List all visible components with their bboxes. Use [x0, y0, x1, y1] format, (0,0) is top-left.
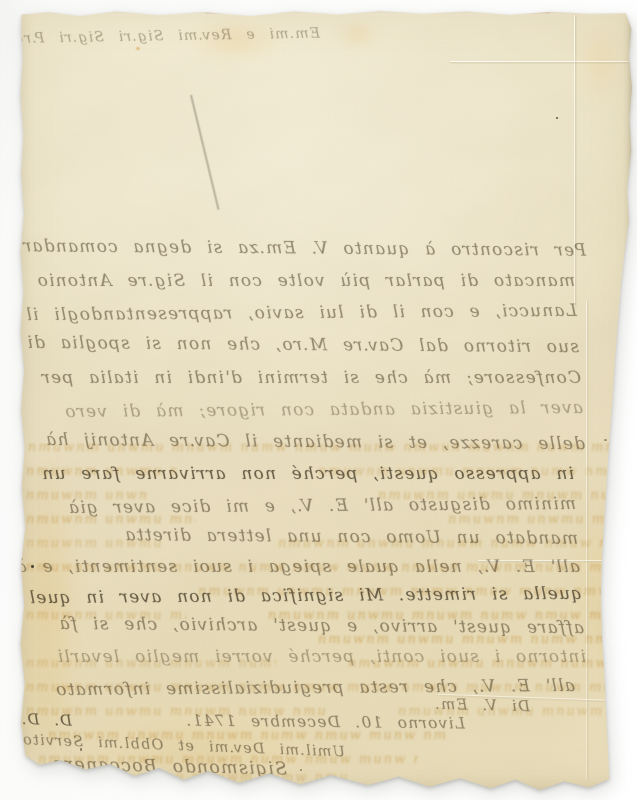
ghost-handwriting-line: Lanucci, e con il di lui savio, rapprese… — [25, 301, 577, 325]
fold-crease-vertical — [574, 15, 575, 307]
paper-vignette — [18, 9, 632, 793]
ghost-closing-formula: Di V. Em. — [434, 694, 531, 717]
paper-surface: nmuwnm unwmu mnuwm numw nmuw munw nmwun … — [18, 9, 632, 793]
ghost-handwriting-line: intorno i suoi conti, perché vorrei megl… — [57, 647, 586, 667]
fold-crease-horizontal — [438, 694, 624, 701]
paper-texture — [18, 9, 632, 793]
ghost-handwriting-line: delle carezze, et si mediante il Cav.re … — [45, 430, 585, 454]
ghost-handwriting-line: suo ritorno dal Cav.re M.ro, che non si … — [26, 333, 579, 357]
pencil-scratch-line — [190, 95, 219, 210]
red-ink-mark-top-edge — [504, 11, 550, 13]
ghost-closing-initials: D. D. Ch. — [0, 707, 72, 730]
yellow-bleed-row: nmuwnm unwmu mnuwm numw nmuw munw — [398, 704, 623, 721]
age-stain — [574, 479, 632, 699]
age-stain — [12, 447, 82, 777]
ghost-salutation-line: Em.mi e Rev.mi Sig.ri Sig.ri P.roni Col.… — [0, 24, 320, 51]
yellow-bleed-row: nmuwnm unwmu mnuwm numw nmuw munw nmwun … — [28, 440, 628, 457]
ghost-handwriting-line: mancato di parlar più volte con il Sig.r… — [36, 271, 575, 291]
fold-crease-vertical — [586, 301, 587, 779]
yellow-bleed-row: nmuwnm unwmu mnuwm numw nmuw munw nmwun … — [268, 608, 628, 625]
foxing-speck — [556, 117, 558, 119]
age-stain — [58, 709, 358, 789]
foxing-speck — [136, 47, 140, 50]
yellow-bleed-row: nmuwnm unwmu mnuwm numw nmuw munw nmwun … — [38, 752, 418, 769]
yellow-bleed-row: nmuwnm unwmu mnuwm numw nmuw munw nmwun … — [48, 728, 448, 745]
ghost-courtesy-line: Umil.mi Dev.mi et Obbl.mi Servitori — [7, 730, 345, 763]
yellow-bleed-row: nmuwnm unwmu mnuwm n — [26, 536, 166, 553]
age-stain — [188, 17, 284, 63]
age-stain — [338, 22, 378, 46]
foxing-speck — [604, 439, 607, 441]
ghost-handwriting-line: in appresso questi, perché non arrivarne… — [41, 464, 574, 484]
ghost-handwriting-line: minimo disgusto all' E. V., e mi dice av… — [68, 494, 576, 518]
ghost-handwriting-line: quella si rimette. Mi significa di non a… — [28, 584, 582, 608]
foxing-speck — [80, 748, 82, 751]
ghost-handwriting-line: mandato un Uomo con una lettera diretta — [124, 525, 578, 549]
fold-crease-horizontal — [450, 61, 637, 62]
yellow-bleed-row: nmuwnm unwmu mnuwm numw nmuw munw nm — [378, 488, 628, 505]
yellow-bleed-row: nmuwnm unwmu mnuwm numw — [26, 608, 186, 625]
ghost-handwriting-line: all' E. V., che resta pregiudizialissime… — [55, 676, 575, 700]
ghost-handwriting-line: Per riscontro à quanto V. Em.za si degna… — [0, 235, 586, 260]
yellow-bleed-row: nmuwnm unwmu mnuwm numw nmuw munw nmwun … — [318, 464, 628, 481]
ghost-handwriting-line: Confessore; mà che si termini d'indi in … — [41, 368, 581, 388]
yellow-bleed-row: nmuwnm unwmu mnuwm numw nm — [448, 512, 628, 529]
ghost-dateline: Livorno 10. Decembre 1741. — [185, 711, 465, 734]
fold-crease-horizontal — [478, 560, 628, 561]
paper-sheet: nmuwnm unwmu mnuwm numw nmuw munw nmwun … — [0, 0, 637, 800]
ghost-signature: Sigismondo Boccanera — [52, 755, 287, 780]
yellow-bleed-row: nmuwnm unwmu mnuwm numw nmuw munw nm — [26, 656, 276, 673]
yellow-bleed-row: nmuwnm unwmu mnuwm numw nmuw munw nmwun — [348, 656, 628, 673]
yellow-bleed-row: nmuwnm unwmu mnuwm numw nmuw munw nmwun … — [26, 704, 326, 721]
yellow-bleed-row: nmuwnm unwmu mnuwm numw n — [26, 512, 196, 529]
yellow-bleed-row: nmuwnm unwmu mnuwm num — [26, 464, 176, 481]
yellow-bleed-row: nmuwnm unwmu mnuwm numw nmuw munw nmwun … — [26, 560, 626, 577]
yellow-bleed-row: nmuwnm unwmu mnuwm numw nmuw munw nmwun … — [278, 536, 628, 553]
ghost-handwriting-line: aver la giustizia andata con rigore; mà … — [64, 398, 583, 422]
yellow-bleed-row: nmuwnm unwmu mnuwm numw nmuw munw nmwun … — [26, 680, 626, 697]
age-stain — [574, 19, 626, 105]
foxing-speck — [31, 565, 34, 568]
yellow-bleed-row: nmuwnm unwmu mnuwm — [26, 488, 146, 505]
red-ink-mark-top-edge — [205, 10, 271, 13]
foxing-speck — [300, 769, 302, 771]
ghost-handwriting-line: all' E. V., nella quale spiega i suoi se… — [15, 557, 580, 577]
ghost-handwriting-line: affare quest' arrivo, e quest' archivio,… — [58, 614, 584, 638]
yellow-bleed-row: nmuwnm unwmu mnuwm numw nmuw munw nmwun … — [48, 770, 348, 787]
yellow-bleed-row: nmuwnm unwmu mnuwm numw nmuw munw nmwun … — [318, 632, 628, 649]
scanned-letter-photo: nmuwnm unwmu mnuwm numw nmuw munw nmwun … — [0, 0, 637, 800]
yellow-bleed-row: nmuwnm unwmu mnuwm numw nmuw munw nmwun … — [198, 584, 628, 601]
bleed-through-text-layer: Em.mi e Rev.mi Sig.ri Sig.ri P.roni Col.… — [18, 9, 632, 793]
